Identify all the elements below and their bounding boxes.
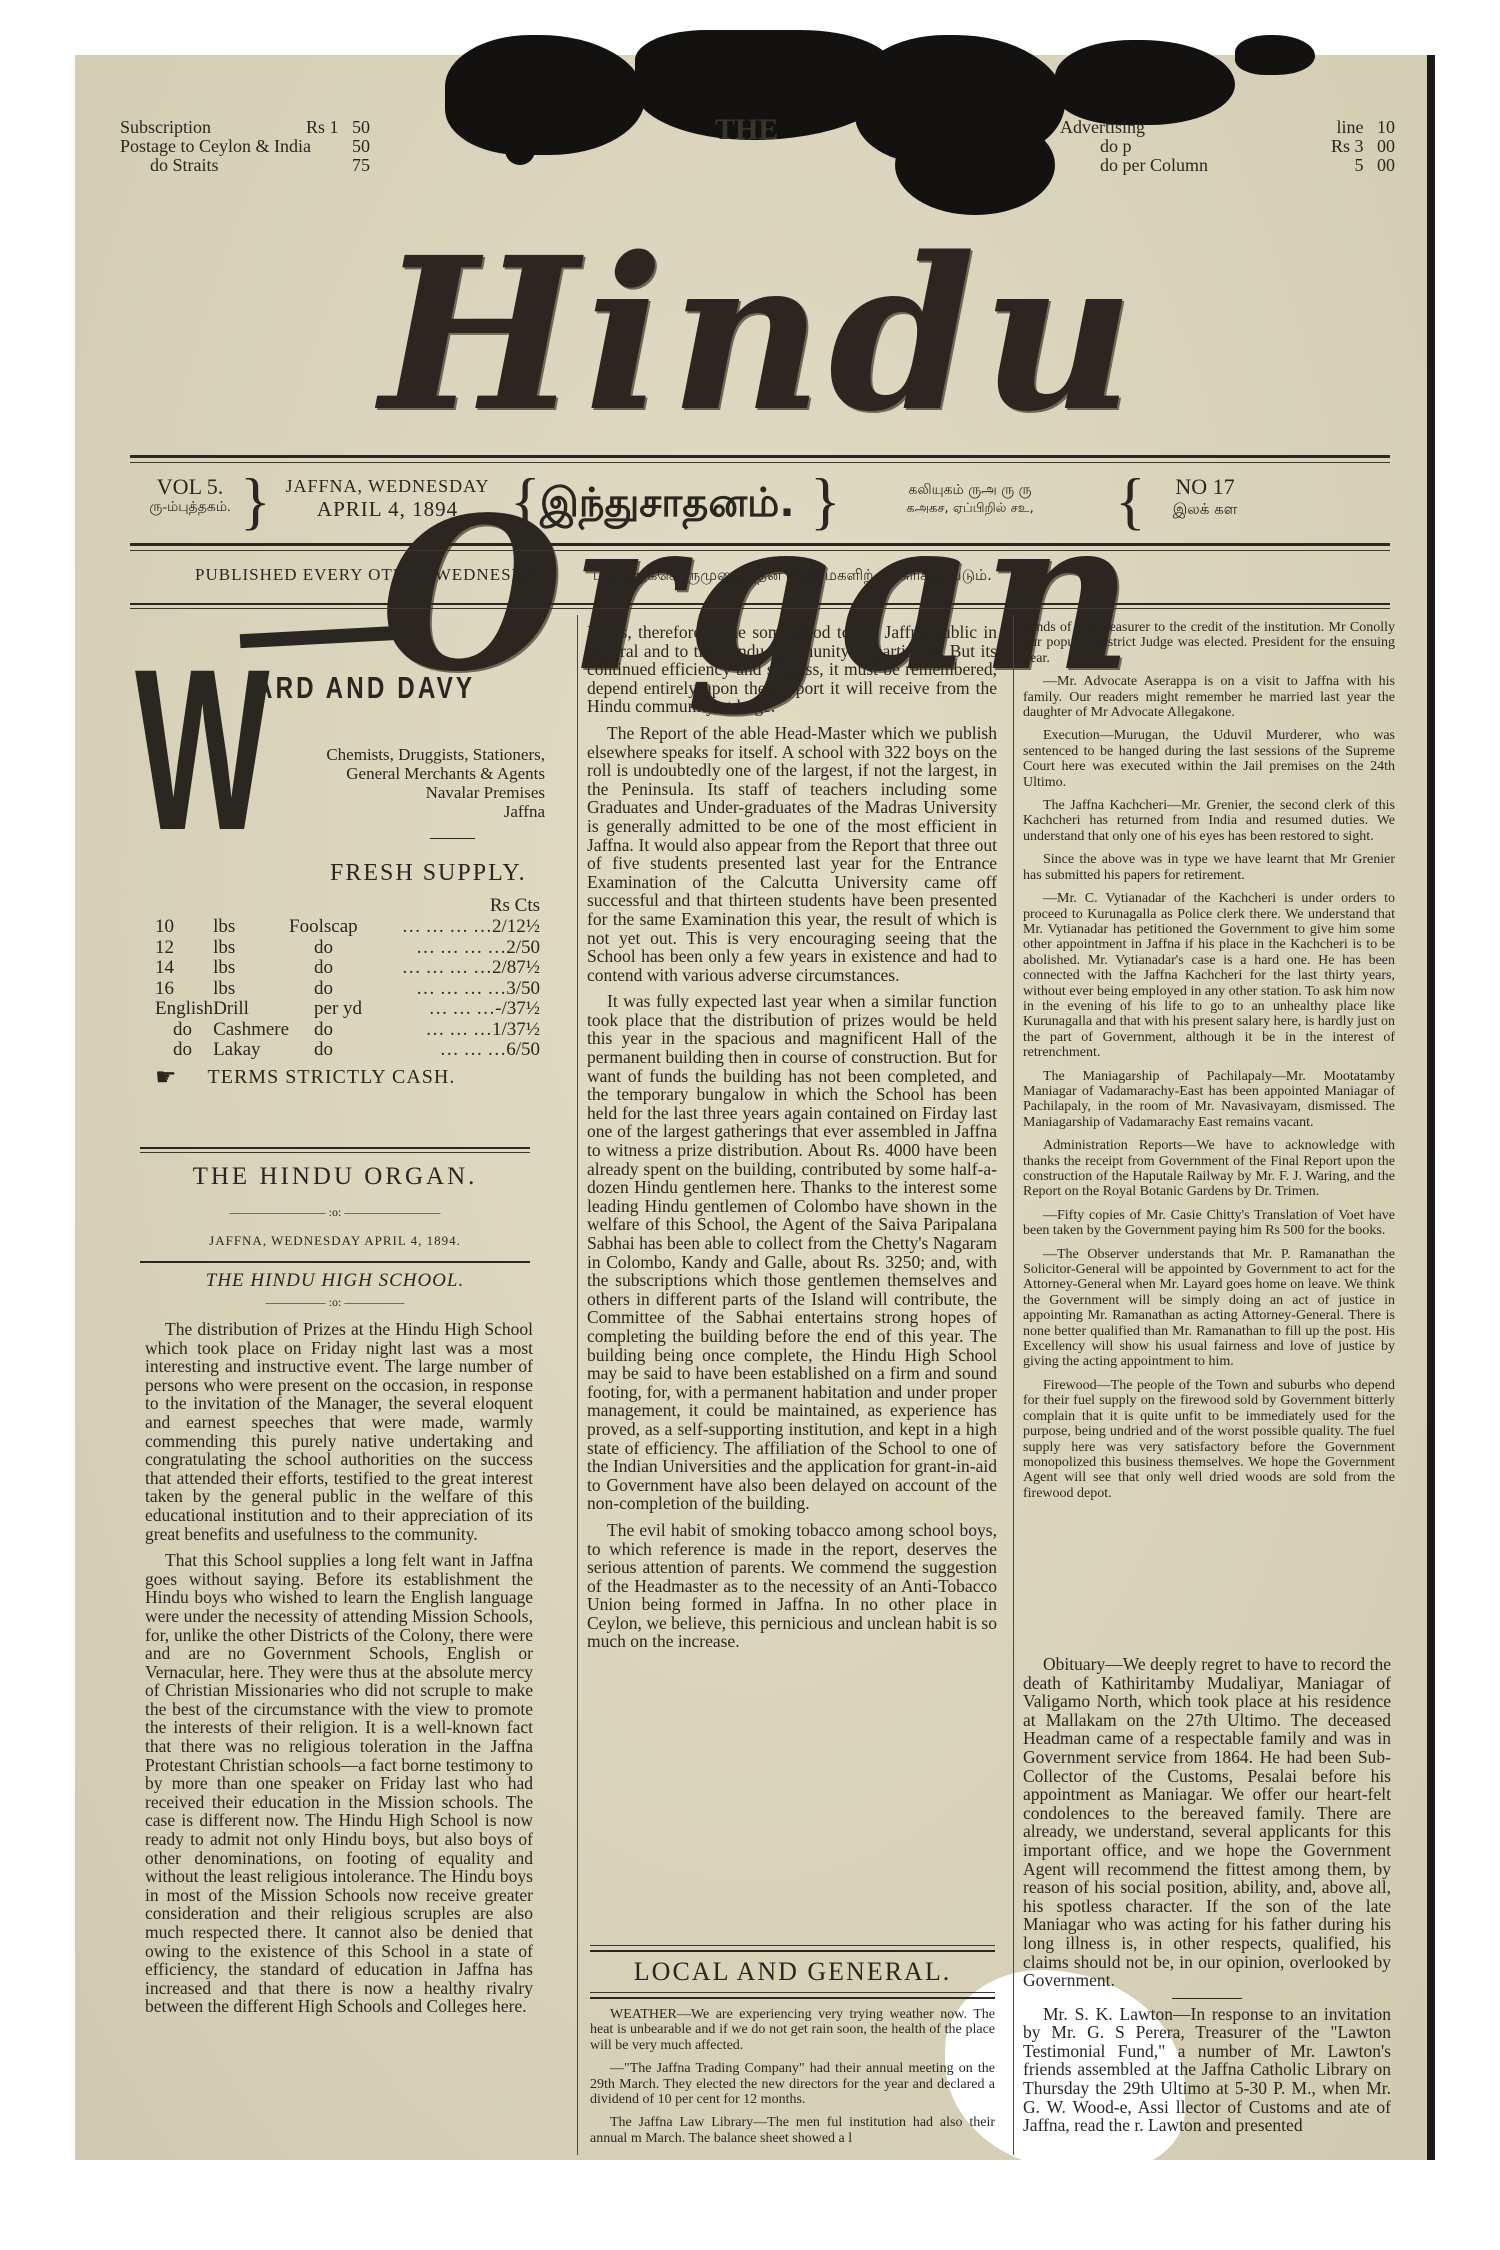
rate-amount: 00 (1377, 155, 1395, 175)
price-amount: 2/87½ (492, 957, 540, 978)
price-item: Foolscap (289, 917, 376, 938)
editorial-column-2: It has, therefore, done some good to the… (587, 623, 997, 1659)
published-english: PUBLISHED EVERY OTHER WEDNESDAY. (195, 565, 553, 585)
ad-line-1: Chemists, Druggists, Stationers, (255, 745, 545, 764)
local-item: —Mr. Advocate Aserappa is on a visit to … (1023, 674, 1395, 720)
ad-fresh-supply: FRESH SUPPLY. (330, 860, 527, 887)
burn-damage-top (445, 35, 645, 155)
dateline-rule-thin (130, 550, 1390, 551)
burn-damage-top-7 (505, 135, 535, 165)
top-center-fragment: THE (715, 113, 778, 147)
price-amount: 2/12½ (492, 916, 540, 937)
newspaper-page: SubscriptionRs 1 50 Postage to Ceylon & … (75, 55, 1435, 2160)
price-value: … … … …2/12½ (376, 917, 540, 938)
local-column-3: hands of the Treasurer to the credit of … (1023, 620, 1395, 1509)
article-title: THE HINDU HIGH SCHOOL. (135, 1270, 535, 1292)
local-item: Obituary—We deeply regret to have to rec… (1023, 1655, 1391, 1990)
price-unit: lbs (213, 958, 289, 979)
local-item: —"The Jaffna Trading Company" had their … (590, 2061, 995, 2107)
price-unit: Drill (213, 999, 289, 1020)
schedule-rule-thin (130, 608, 1390, 609)
price-amount: 1/37½ (492, 1019, 540, 1040)
price-item: do (289, 938, 376, 959)
rate-row: SubscriptionRs 1 50 (120, 118, 370, 137)
price-value: … … … …2/87½ (376, 958, 540, 979)
rate-unit: line (1337, 117, 1364, 137)
ad-line-2: General Merchants & Agents (255, 764, 545, 783)
price-value: … … …-/37½ (376, 999, 540, 1020)
rate-label: Advertising (1060, 118, 1145, 137)
masthead-title: Hindu Organ (135, 205, 1385, 465)
ornament-text: :o: (329, 1295, 342, 1309)
price-row: 14lbsdo… … … …2/87½ (155, 958, 540, 979)
price-unit: lbs (213, 917, 289, 938)
rate-amount: 10 (1377, 117, 1395, 137)
rate-row: Postage to Ceylon & India50 (120, 137, 370, 156)
tamil-title: இந்துசாதனம். (540, 480, 795, 531)
rate-amount: 75 (352, 156, 370, 175)
rate-label: do per Column (1060, 156, 1208, 175)
local-item: Administration Reports—We have to acknow… (1023, 1138, 1395, 1200)
pointing-hand-icon: ☛ (155, 1063, 178, 1092)
price-row: 12lbsdo… … … …2/50 (155, 938, 540, 959)
editorial-paragraph: The distribution of Prizes at the Hindu … (145, 1320, 533, 1543)
price-value: … … … …3/50 (376, 979, 540, 1000)
ad-price-list: Rs Cts 10lbsFoolscap… … … …2/12½ 12lbsdo… (155, 895, 540, 1092)
price-qty: English (155, 999, 213, 1020)
price-qty: 14 (155, 958, 213, 979)
tamil-date-line1: கலியுகம் ருஅ ரு ரு (855, 480, 1085, 500)
burn-damage-top-4 (895, 115, 1055, 215)
editorial-column-1: The distribution of Prizes at the Hindu … (145, 1320, 533, 2024)
local-item: Since the above was in type we have lear… (1023, 852, 1395, 883)
schedule-rule (130, 603, 1390, 605)
rate-amount: 00 (1377, 136, 1395, 156)
local-column-3-large: Obituary—We deeply regret to have to rec… (1023, 1655, 1391, 2143)
brace-left-2: { (1115, 469, 1146, 533)
price-value: … … …1/37½ (376, 1020, 540, 1041)
local-item: WEATHER—We are experiencing very trying … (590, 2007, 995, 2053)
editorial-paragraph: The Report of the able Head-Master which… (587, 724, 997, 984)
ad-firm-name: ARD AND DAVY (255, 670, 475, 706)
brace-right-2: } (810, 469, 841, 533)
ad-line-4: Jaffna (255, 802, 545, 821)
subscription-rates: SubscriptionRs 1 50 Postage to Ceylon & … (120, 118, 370, 175)
editorial-rule-top (140, 1147, 530, 1149)
price-unit: lbs (213, 938, 289, 959)
local-item: The Maniagarship of Pachilapaly—Mr. Moot… (1023, 1069, 1395, 1131)
price-row: EnglishDrillper yd… … …-/37½ (155, 999, 540, 1020)
price-row: 10lbsFoolscap… … … …2/12½ (155, 917, 540, 938)
price-value: … … …6/50 (376, 1040, 540, 1061)
price-row: doLakaydo… … …6/50 (155, 1040, 540, 1061)
local-item: hands of the Treasurer to the credit of … (1023, 620, 1395, 666)
local-column-2: WEATHER—We are experiencing very trying … (590, 2007, 995, 2154)
editorial-dateline-rule (140, 1261, 530, 1263)
issue-number: NO 17 (1150, 475, 1260, 499)
local-item: —The Observer understands that Mr. P. Ra… (1023, 1247, 1395, 1370)
masthead-rule-top (130, 455, 1390, 458)
price-row: doCashmeredo… … …1/37½ (155, 1020, 540, 1041)
local-rule-top-2 (590, 1950, 995, 1952)
price-unit: lbs (213, 979, 289, 1000)
price-qty: 12 (155, 938, 213, 959)
section-short-rule (1172, 1998, 1242, 1999)
dateline-block: JAFFNA, WEDNESDAY APRIL 4, 1894 (265, 475, 510, 521)
editorial-paper-title: THE HINDU ORGAN. (135, 1163, 535, 1191)
rate-label: Subscription (120, 118, 211, 137)
editorial-paragraph: The evil habit of smoking tobacco among … (587, 1521, 997, 1651)
local-item: —Fifty copies of Mr. Casie Chitty's Tran… (1023, 1208, 1395, 1239)
burn-damage-top-6 (1235, 35, 1315, 75)
price-amount: 6/50 (506, 1039, 540, 1060)
price-item: per yd (289, 999, 376, 1020)
rate-row: do pRs 3 00 (1060, 137, 1395, 156)
ad-terms-text: TERMS STRICTLY CASH. (208, 1066, 456, 1089)
ad-price-table: 10lbsFoolscap… … … …2/12½ 12lbsdo… … … …… (155, 917, 540, 1061)
price-amount: -/37½ (495, 998, 540, 1019)
price-amount: 2/50 (506, 937, 540, 958)
price-amount: 3/50 (506, 978, 540, 999)
local-rule-bottom-2 (590, 1997, 995, 1999)
rate-amount: 50 (352, 137, 370, 156)
tamil-date-line2: கஅகச, ஏப்பிறில் சஉ, (855, 500, 1085, 518)
brace-left: { (510, 469, 541, 533)
local-item: Execution—Murugan, the Uduvil Murderer, … (1023, 728, 1395, 790)
article-ornament: ————— :o: ————— (135, 1295, 535, 1310)
price-item: do (289, 979, 376, 1000)
ad-description: Chemists, Druggists, Stationers, General… (255, 745, 545, 821)
issue-number-tamil: இலக் கள (1150, 499, 1260, 519)
place-day: JAFFNA, WEDNESDAY (265, 475, 510, 497)
ward-and-davy-ad: W ARD AND DAVY Chemists, Druggists, Stat… (130, 620, 570, 1175)
price-unit: Cashmere (213, 1020, 289, 1041)
column-divider-1 (577, 615, 578, 2155)
local-item: The Jaffna Law Library—The men ful insti… (590, 2115, 995, 2146)
price-item: do (289, 1020, 376, 1041)
tamil-date-block: கலியுகம் ருஅ ரு ரு கஅகச, ஏப்பிறில் சஉ, (855, 480, 1085, 518)
editorial-dateline: JAFFNA, WEDNESDAY APRIL 4, 1894. (135, 1233, 535, 1249)
price-qty: do (155, 1040, 213, 1061)
publication-schedule: PUBLISHED EVERY OTHER WEDNESDAY. பக்ஷத்த… (195, 565, 1395, 586)
ornament-text: :o: (329, 1205, 342, 1219)
editorial-paragraph: That this School supplies a long felt wa… (145, 1551, 533, 2016)
local-rule-bottom (590, 1992, 995, 1993)
price-item: do (289, 958, 376, 979)
local-item: The Jaffna Kachcheri—Mr. Grenier, the se… (1023, 798, 1395, 844)
rate-label: do p (1060, 137, 1132, 156)
local-item: Firewood—The people of the Town and subu… (1023, 1378, 1395, 1501)
ad-initial-letter: W (135, 635, 270, 865)
rate-row: Advertisingline 10 (1060, 118, 1395, 137)
issue-number-block: NO 17 இலக் கள (1150, 475, 1260, 519)
rate-label: Postage to Ceylon & India (120, 137, 311, 156)
editorial-ornament: ———————— :o: ———————— (135, 1205, 535, 1220)
editorial-paragraph: It has, therefore, done some good to the… (587, 623, 997, 716)
local-rule-top (590, 1945, 995, 1946)
price-qty: 16 (155, 979, 213, 1000)
published-tamil: பக்ஷத்துக்கொருமுறை புதன் கிழமைகளிற் பிரச… (593, 566, 992, 586)
editorial-paragraph: It was fully expected last year when a s… (587, 992, 997, 1513)
masthead-rule-top-thin (130, 462, 1390, 463)
rate-row: do per Column5 00 (1060, 156, 1395, 175)
column-divider-2 (1013, 615, 1014, 2155)
rate-currency: Rs 1 (306, 117, 339, 137)
dateline-rule (130, 543, 1390, 546)
price-qty: do (155, 1020, 213, 1041)
burn-damage-top-5 (1055, 40, 1235, 125)
volume-label-tamil: ரு-ம்புத்தகம். (140, 499, 240, 517)
local-item: Mr. S. K. Lawton—In response to an invit… (1023, 2005, 1391, 2135)
rate-row: do Straits75 (120, 156, 370, 175)
ad-terms: ☛ TERMS STRICTLY CASH. (155, 1063, 540, 1092)
rate-amount: 50 (352, 117, 370, 137)
price-qty: 10 (155, 917, 213, 938)
ad-units: Rs Cts (155, 895, 540, 917)
local-and-general-heading: LOCAL AND GENERAL. (590, 1957, 995, 1987)
advertising-rates: Advertisingline 10 do pRs 3 00 do per Co… (1060, 118, 1395, 175)
local-item: —Mr. C. Vytianadar of the Kachcheri is u… (1023, 891, 1395, 1060)
issue-date: APRIL 4, 1894 (265, 497, 510, 521)
price-unit: Lakay (213, 1040, 289, 1061)
volume-label: VOL 5. (140, 475, 240, 499)
price-item: do (289, 1040, 376, 1061)
price-value: … … … …2/50 (376, 938, 540, 959)
rate-currency: 5 (1355, 155, 1364, 175)
ad-short-rule (430, 838, 475, 839)
editorial-rule-top-thin (140, 1152, 530, 1153)
rate-currency: Rs 3 (1331, 136, 1364, 156)
rate-label: do Straits (120, 156, 219, 175)
price-row: 16lbsdo… … … …3/50 (155, 979, 540, 1000)
ad-line-3: Navalar Premises (255, 783, 545, 802)
volume-block: VOL 5. ரு-ம்புத்தகம். (140, 475, 240, 517)
